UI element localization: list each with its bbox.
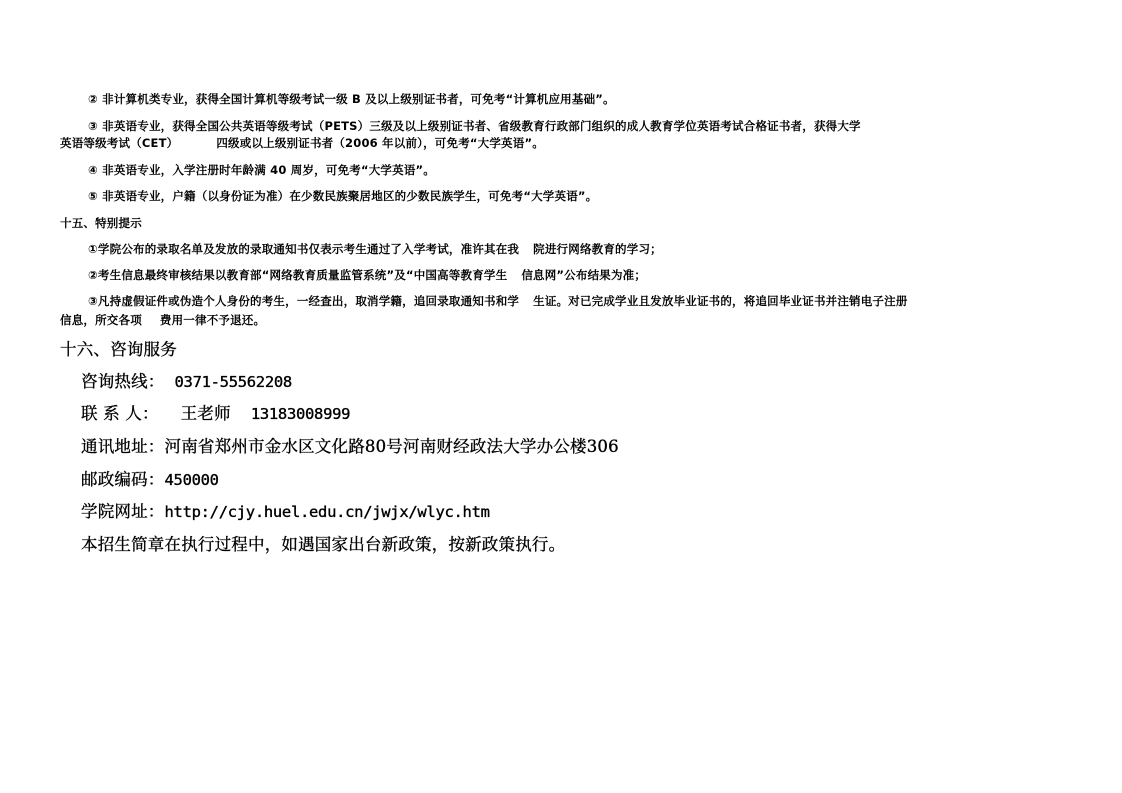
address-label: 通讯地址： <box>81 437 165 456</box>
contact-row: 联 系 人：王老师13183008999 <box>81 404 350 424</box>
exemption-item-3: ③ 非英语专业，获得全国公共英语等级考试（PETS）三级及以上级别证书者、省级教… <box>88 119 861 133</box>
section-16-title: 十六、咨询服务 <box>60 340 177 360</box>
contact-phone: 13183008999 <box>251 405 350 423</box>
notice-item-3-continued: 信息，所交各项费用一律不予退还。 <box>60 313 265 327</box>
item-text: 信息，所交各项 <box>60 313 142 327</box>
exemption-item-5: ⑤ 非英语专业，户籍（以身份证为准）在少数民族聚居地区的少数民族学生，可免考“大… <box>88 189 597 203</box>
item-text: 费用一律不予退还。 <box>160 313 265 327</box>
item-marker: ⑤ <box>88 189 98 203</box>
item-text: 非英语专业，获得全国公共英语等级考试（PETS）三级及以上级别证书者、省级教育行… <box>102 119 861 133</box>
item-marker: ② <box>88 92 98 106</box>
item-text: 非英语专业，户籍（以身份证为准）在少数民族聚居地区的少数民族学生，可免考“大学英… <box>102 189 597 203</box>
contact-label: 联 系 人： <box>81 404 159 423</box>
hotline-value: 0371-55562208 <box>175 373 292 391</box>
notice-item-3: ③凡持虚假证件或伪造个人身份的考生，一经查出，取消学籍，追回录取通知书和学生证。… <box>88 294 908 308</box>
address-value: 河南省郑州市金水区文化路80号河南财经政法大学办公楼306 <box>165 437 619 456</box>
website-row: 学院网址：http://cjy.huel.edu.cn/jwjx/wlyc.ht… <box>81 502 490 522</box>
hotline-label: 咨询热线： <box>81 372 165 391</box>
item-text: 四级或以上级别证书者（2006 年以前），可免考“大学英语”。 <box>216 136 544 150</box>
notice-item-1: ①学院公布的录取名单及发放的录取通知书仅表示考生通过了入学考试，准许其在我院进行… <box>88 242 662 256</box>
item-text: 非计算机类专业，获得全国计算机等级考试一级 B 及以上级别证书者，可免考“计算机… <box>102 92 615 106</box>
item-text: ②考生信息最终审核结果以教育部“网络教育质量监管系统”及“中国高等教育学生 <box>88 268 507 282</box>
address-row: 通讯地址：河南省郑州市金水区文化路80号河南财经政法大学办公楼306 <box>81 437 619 457</box>
item-text: ①学院公布的录取名单及发放的录取通知书仅表示考生通过了入学考试，准许其在我 <box>88 242 519 256</box>
item-text: 信息网”公布结果为准； <box>521 268 646 282</box>
item-text: 生证。对已完成学业且发放毕业证书的，将追回毕业证书并注销电子注册 <box>533 294 907 308</box>
item-marker: ③ <box>88 119 98 133</box>
notice-item-2: ②考生信息最终审核结果以教育部“网络教育质量监管系统”及“中国高等教育学生信息网… <box>88 268 646 282</box>
exemption-item-3-continued: 英语等级考试（CET）四级或以上级别证书者（2006 年以前），可免考“大学英语… <box>60 136 544 150</box>
website-link[interactable]: http://cjy.huel.edu.cn/jwjx/wlyc.htm <box>165 503 490 521</box>
hotline-row: 咨询热线：0371-55562208 <box>81 372 292 392</box>
section-15-title: 十五、特别提示 <box>60 216 142 230</box>
item-text: 英语等级考试（CET） <box>60 136 178 150</box>
exemption-item-2: ② 非计算机类专业，获得全国计算机等级考试一级 B 及以上级别证书者，可免考“计… <box>88 92 615 106</box>
website-label: 学院网址： <box>81 502 165 521</box>
postcode-row: 邮政编码：450000 <box>81 470 219 490</box>
item-text: 院进行网络教育的学习； <box>533 242 662 256</box>
closing-note: 本招生简章在执行过程中，如遇国家出台新政策，按新政策执行。 <box>81 535 565 555</box>
item-marker: ④ <box>88 163 98 177</box>
item-text: 非英语专业，入学注册时年龄满 40 周岁，可免考“大学英语”。 <box>102 163 435 177</box>
postcode-label: 邮政编码： <box>81 470 165 489</box>
contact-name: 王老师 <box>181 404 231 423</box>
postcode-value: 450000 <box>165 471 219 489</box>
item-text: ③凡持虚假证件或伪造个人身份的考生，一经查出，取消学籍，追回录取通知书和学 <box>88 294 519 308</box>
exemption-item-4: ④ 非英语专业，入学注册时年龄满 40 周岁，可免考“大学英语”。 <box>88 163 435 177</box>
